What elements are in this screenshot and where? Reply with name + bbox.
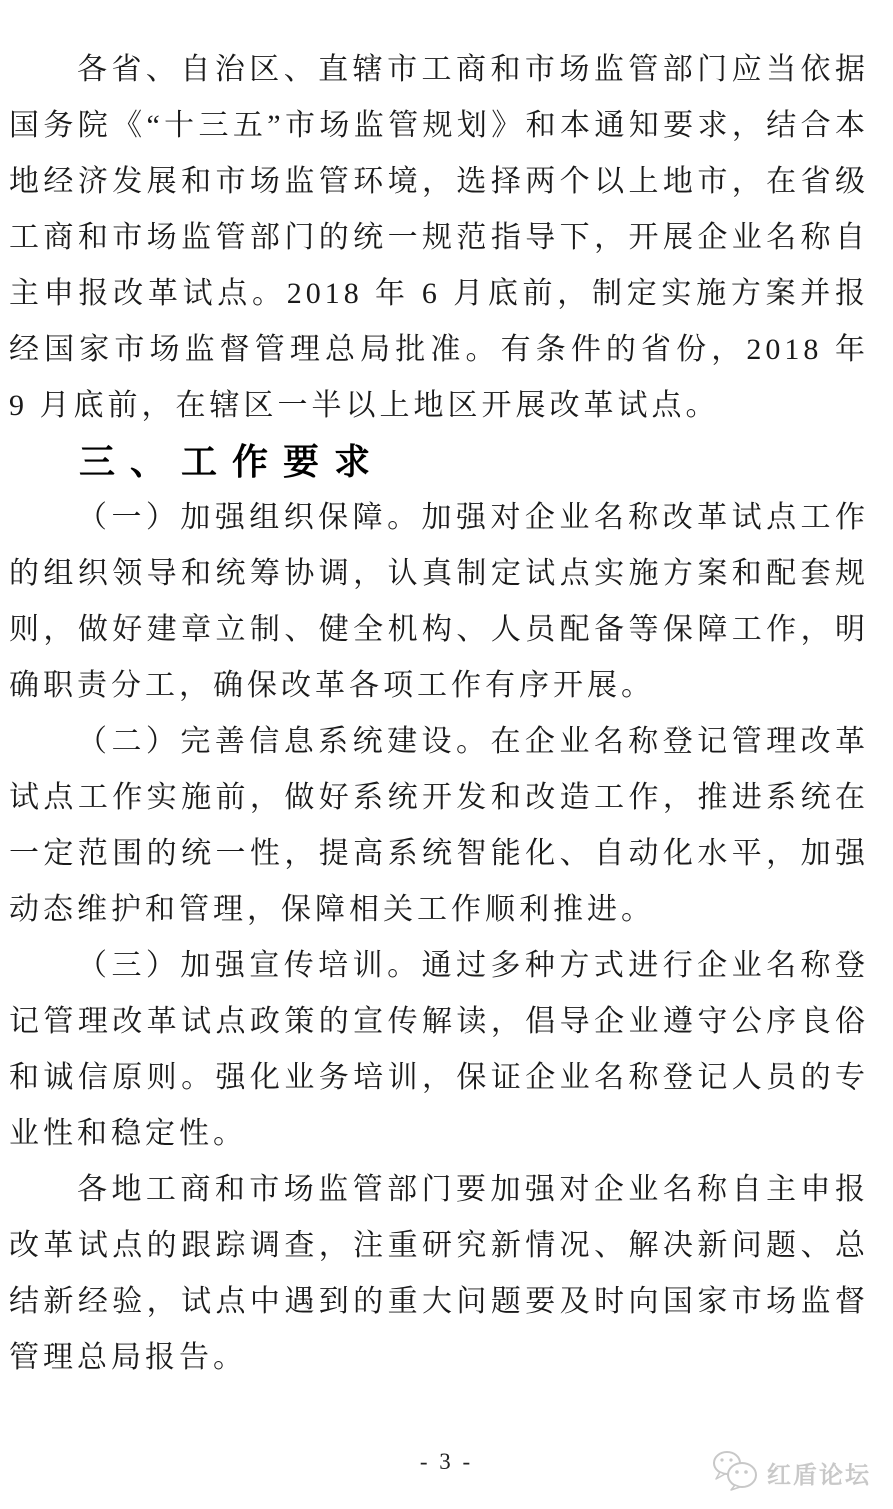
document-body: 各省、自治区、直辖市工商和市场监管部门应当依据国务院《“十三五”市场监管规划》和… [9, 42, 869, 1386]
paragraph-publicity-training: （三）加强宣传培训。通过多种方式进行企业名称登记管理改革试点政策的宣传解读，倡导… [9, 938, 869, 1162]
watermark-text: 红盾论坛 [767, 1455, 871, 1490]
wechat-icon [711, 1449, 759, 1496]
section-heading-work-requirements: 三、工作要求 [9, 434, 869, 490]
paragraph-organizational-support: （一）加强组织保障。加强对企业名称改革试点工作的组织领导和统筹协调，认真制定试点… [9, 490, 869, 714]
watermark: 红盾论坛 [711, 1449, 871, 1496]
paragraph-tracking-report: 各地工商和市场监管部门要加强对企业名称自主申报改革试点的跟踪调查，注重研究新情况… [9, 1162, 869, 1386]
paragraph-information-system: （二）完善信息系统建设。在企业名称登记管理改革试点工作实施前，做好系统开发和改造… [9, 714, 869, 938]
paragraph-pilot-scope: 各省、自治区、直辖市工商和市场监管部门应当依据国务院《“十三五”市场监管规划》和… [9, 42, 869, 434]
